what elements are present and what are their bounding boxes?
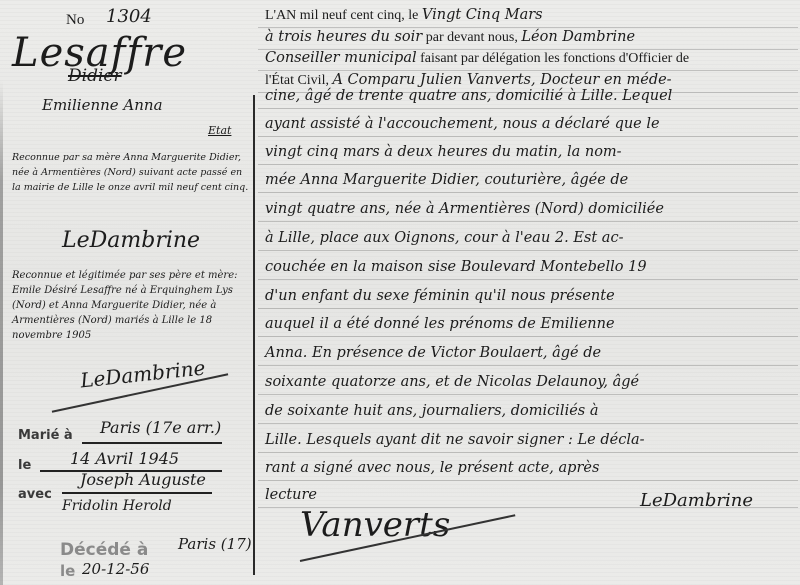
act-line: vingt cinq mars à deux heures du matin, … (265, 144, 622, 160)
act-line: rant a signé avec nous, le présent acte,… (265, 460, 599, 476)
act-line: vingt quatre ans, née à Armentières (Nor… (265, 201, 664, 217)
printed-text: par devant nous, (422, 30, 521, 45)
handwritten-text: à trois heures du soir (265, 29, 422, 45)
marriage-spouse-value-2: Fridolin Herold (62, 498, 172, 514)
act-line: couchée en la maison sise Boulevard Mont… (265, 259, 647, 275)
ruled-line (258, 480, 798, 481)
declarant-signature: Vanverts (300, 505, 450, 545)
handwritten-text: vingt quatre ans, née à Armentières (Nor… (265, 201, 664, 217)
handwritten-text: vingt cinq mars à deux heures du matin, … (265, 144, 622, 160)
marriage-date-value: 14 Avril 1945 (70, 449, 179, 468)
handwritten-text: Anna. En présence de Victor Boulaert, âg… (265, 345, 601, 361)
margin-etat-label: Etat (208, 124, 231, 137)
margin-signature-1: LeDambrine (62, 228, 200, 253)
act-line: Anna. En présence de Victor Boulaert, âg… (265, 345, 601, 361)
handwritten-text: à Lille, place aux Oignons, cour à l'eau… (265, 230, 623, 246)
act-line: à Lille, place aux Oignons, cour à l'eau… (265, 230, 623, 246)
ruled-line (258, 136, 798, 137)
ruled-line (258, 221, 798, 222)
margin-signature-2: LeDambrine (79, 356, 206, 393)
entry-number-value: 1304 (106, 6, 152, 27)
death-place-value: Paris (17) (178, 535, 252, 553)
handwritten-text: soixante quatorze ans, et de Nicolas Del… (265, 374, 639, 390)
ruled-line (258, 192, 798, 193)
marriage-place-line (82, 442, 222, 444)
legitimation-note: Reconnue et légitimée par ses père et mè… (12, 268, 252, 343)
handwritten-text: lecture (265, 487, 317, 503)
ruled-line (258, 164, 798, 165)
ruled-line (258, 394, 798, 395)
handwritten-text: cine, âgé de trente quatre ans, domicili… (265, 88, 672, 104)
handwritten-text: A Comparu Julien Vanverts, Docteur en mé… (332, 72, 671, 88)
death-label: Décédé à (60, 540, 148, 560)
handwritten-text: Léon Dambrine (521, 29, 635, 45)
margin-given-names: Emilienne Anna (42, 96, 163, 114)
register-page: No 1304 Lesaffre Didier Emilienne Anna E… (0, 0, 800, 585)
act-line: cine, âgé de trente quatre ans, domicili… (265, 88, 672, 104)
entry-number-label: No (66, 12, 84, 29)
handwritten-text: Vingt Cinq Mars (422, 7, 543, 23)
act-line: Conseiller municipal faisant par délégat… (265, 50, 689, 67)
handwritten-text: Conseiller municipal (265, 50, 417, 66)
handwritten-text: rant a signé avec nous, le présent acte,… (265, 460, 599, 476)
handwritten-text: ayant assisté à l'accouchement, nous a d… (265, 116, 660, 132)
handwritten-text: mée Anna Marguerite Didier, couturière, … (265, 172, 628, 188)
ruled-line (258, 452, 798, 453)
act-line: Lille. Lesquels ayant dit ne savoir sign… (265, 432, 645, 448)
act-line: d'un enfant du sexe féminin qu'il nous p… (265, 288, 615, 304)
officer-signature: LeDambrine (640, 490, 753, 511)
marriage-spouse-line (62, 492, 212, 494)
death-date-label: le (60, 562, 75, 580)
marriage-spouse-value-1: Joseph Auguste (80, 470, 206, 489)
ruled-line (258, 308, 798, 309)
death-date-value: 20-12-56 (82, 560, 149, 578)
handwritten-text: de soixante huit ans, journaliers, domic… (265, 403, 599, 419)
act-line: de soixante huit ans, journaliers, domic… (265, 403, 599, 419)
handwritten-text: d'un enfant du sexe féminin qu'il nous p… (265, 288, 615, 304)
recognition-note: Reconnue par sa mère Anna Marguerite Did… (12, 150, 252, 195)
handwritten-text: Lille. Lesquels ayant dit ne savoir sign… (265, 432, 645, 448)
ruled-line (258, 108, 798, 109)
marriage-place-value: Paris (17e arr.) (100, 418, 221, 437)
ruled-line (258, 336, 798, 337)
handwritten-text: auquel il a été donné les prénoms de Emi… (265, 316, 615, 332)
marriage-spouse-label: avec (18, 487, 52, 502)
handwritten-text: couchée en la maison sise Boulevard Mont… (265, 259, 647, 275)
ruled-line (258, 279, 798, 280)
act-line: ayant assisté à l'accouchement, nous a d… (265, 116, 660, 132)
margin-struck-surname: Didier (68, 66, 122, 86)
ruled-line (258, 423, 798, 424)
page-left-edge (0, 80, 3, 585)
printed-text: faisant par délégation les fonctions d'O… (417, 51, 689, 66)
act-line: lecture (265, 487, 317, 503)
printed-text: l'État Civil, (265, 73, 332, 88)
act-line: mée Anna Marguerite Didier, couturière, … (265, 172, 628, 188)
margin-divider-line (253, 95, 255, 575)
marriage-place-label: Marié à (18, 428, 73, 443)
printed-text: L'AN mil neuf cent cinq, le (265, 8, 422, 23)
ruled-line (258, 250, 798, 251)
act-line: L'AN mil neuf cent cinq, le Vingt Cinq M… (265, 7, 543, 24)
act-line: l'État Civil, A Comparu Julien Vanverts,… (265, 72, 672, 89)
marriage-date-label: le (18, 458, 31, 473)
ruled-line (258, 365, 798, 366)
act-line: à trois heures du soir par devant nous, … (265, 29, 635, 46)
act-line: auquel il a été donné les prénoms de Emi… (265, 316, 615, 332)
act-line: soixante quatorze ans, et de Nicolas Del… (265, 374, 639, 390)
